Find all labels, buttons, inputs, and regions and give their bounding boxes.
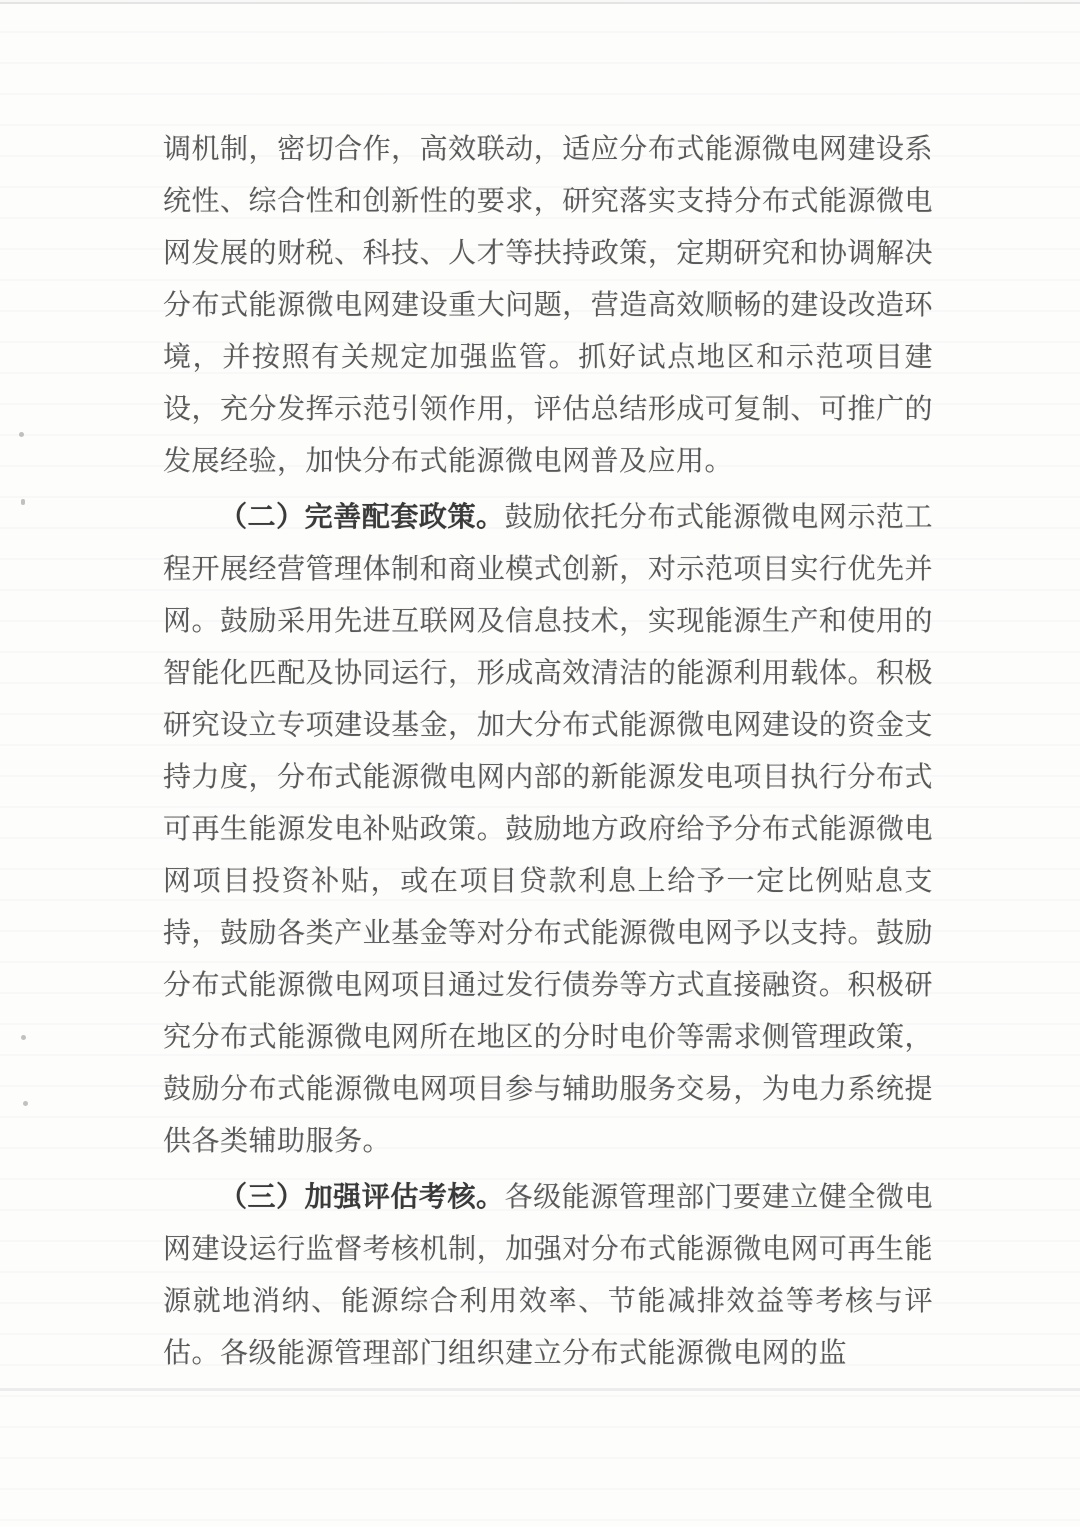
paragraph-section-3: （三）加强评估考核。各级能源管理部门要建立健全微电网建设运行监督考核机制，加强对… [163, 1172, 933, 1380]
paragraph-continuation: 调机制，密切合作，高效联动，适应分布式能源微电网建设系统性、综合性和创新性的要求… [163, 124, 933, 488]
scan-speck-artifact [21, 499, 25, 505]
paragraph-text: 调机制，密切合作，高效联动，适应分布式能源微电网建设系统性、综合性和创新性的要求… [163, 134, 933, 477]
scanned-document-page: 调机制，密切合作，高效联动，适应分布式能源微电网建设系统性、综合性和创新性的要求… [0, 0, 1080, 1527]
scan-speck-artifact [19, 432, 24, 437]
scan-speck-artifact [23, 1101, 28, 1106]
scan-line-artifact [0, 1388, 1080, 1391]
paragraph-section-2: （二）完善配套政策。鼓励依托分布式能源微电网示范工程开展经营管理体制和商业模式创… [163, 492, 933, 1168]
section-heading-strengthen-evaluation: （三）加强评估考核。 [219, 1182, 505, 1213]
document-body: 调机制，密切合作，高效联动，适应分布式能源微电网建设系统性、综合性和创新性的要求… [163, 124, 933, 1380]
section-heading-improve-supporting-policies: （二）完善配套政策。 [219, 502, 505, 533]
scan-top-edge-artifact [0, 2, 1080, 4]
paragraph-text: 鼓励依托分布式能源微电网示范工程开展经营管理体制和商业模式创新，对示范项目实行优… [163, 502, 933, 1157]
scan-speck-artifact [21, 1035, 26, 1040]
